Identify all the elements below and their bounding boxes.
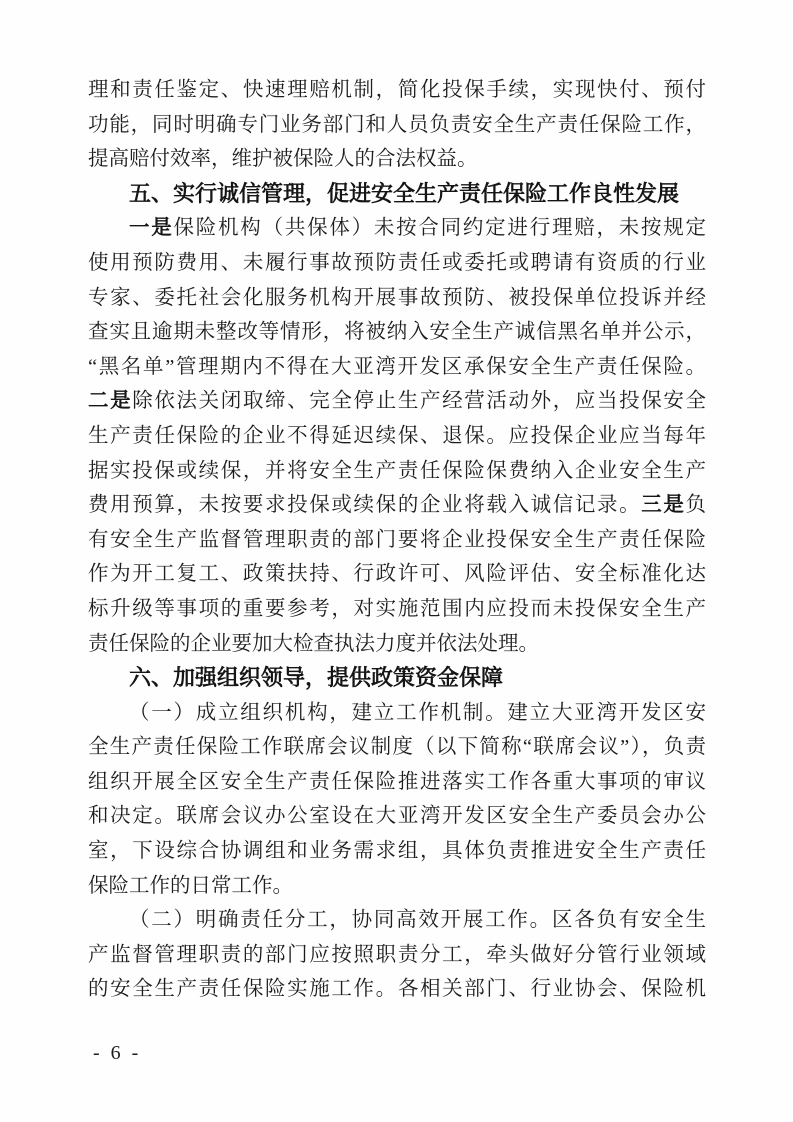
document-page: 理和责任鉴定、快速理赔机制，简化投保手续，实现快付、预付功能，同时明确专门业务部… [0,0,793,1122]
text-run: （二）明确责任分工，协同高效开展工作。区各负有安全生 [129,909,706,931]
text-run: 标升级等事项的重要参考，对实施范围内应投而未投保安全生产 [88,598,706,620]
text-run: 功能，同时明确专门业务部门和人员负责安全生产责任保险工作， [88,114,706,136]
text-run: 据实投保或续保，并将安全生产责任保险保费纳入企业安全生产 [88,460,706,482]
text-line: 作为开工复工、政策扶持、行政许可、风险评估、安全标准化达 [88,557,706,592]
text-run: 理和责任鉴定、快速理赔机制，简化投保手续，实现快付、预付 [88,79,706,101]
text-run: 提高赔付效率，维护被保险人的合法权益。 [88,148,478,170]
text-line: （二）明确责任分工，协同高效开展工作。区各负有安全生 [88,903,706,938]
text-line: 的安全生产责任保险实施工作。各相关部门、行业协会、保险机 [88,972,706,1007]
text-line: 生产责任保险的企业不得延迟续保、退保。应投保企业应当每年 [88,419,706,454]
text-run: 费用预算，未按要求投保或续保的企业将载入诚信记录。 [88,494,641,516]
page-number: - 6 - [93,1040,141,1066]
text-line: 和决定。联席会议办公室设在大亚湾开发区安全生产委员会办公 [88,799,706,834]
text-run: 责任保险的企业要加大检查执法力度并依法处理。 [88,633,539,655]
text-run: 查实且逾期未整改等情形，将被纳入安全生产诚信黑名单并公示， [88,321,706,343]
text-run: 保险机构（共保体）未按合同约定进行理赔，未按规定 [174,217,706,239]
text-line: 理和责任鉴定、快速理赔机制，简化投保手续，实现快付、预付 [88,73,706,108]
text-line: “黑名单”管理期内不得在大亚湾开发区承保安全生产责任保险。 [88,350,706,385]
text-run: 产监督管理职责的部门应按照职责分工，牵头做好分管行业领域 [88,944,706,966]
text-line: 据实投保或续保，并将安全生产责任保险保费纳入企业安全生产 [88,454,706,489]
text-line: 二是除依法关闭取缔、完全停止生产经营活动外，应当投保安全 [88,384,706,419]
text-run: （一）成立组织机构，建立工作机制。建立大亚湾开发区安 [129,702,706,724]
bold-text-run: 六、加强组织领导，提供政策资金保障 [129,665,503,690]
text-run: “黑名单”管理期内不得在大亚湾开发区承保安全生产责任保险。 [88,356,706,378]
text-line: 标升级等事项的重要参考，对实施范围内应投而未投保安全生产 [88,592,706,627]
text-run: 和决定。联席会议办公室设在大亚湾开发区安全生产委员会办公 [88,805,706,827]
heading-line: 五、实行诚信管理，促进安全生产责任保险工作良性发展 [88,177,706,212]
text-run: 保险工作的日常工作。 [88,875,293,897]
text-line: 专家、委托社会化服务机构开展事故预防、被投保单位投诉并经 [88,281,706,316]
heading-line: 六、加强组织领导，提供政策资金保障 [88,661,706,696]
text-line: 组织开展全区安全生产责任保险推进落实工作各重大事项的审议 [88,765,706,800]
text-run: 室，下设综合协调组和业务需求组，具体负责推进安全生产责任 [88,840,706,862]
text-line: 保险工作的日常工作。 [88,869,706,904]
text-line: 一是保险机构（共保体）未按合同约定进行理赔，未按规定 [88,211,706,246]
text-line: 全生产责任保险工作联席会议制度（以下简称“联席会议”），负责 [88,730,706,765]
text-run: 除依法关闭取缔、完全停止生产经营活动外，应当投保安全 [132,390,706,412]
text-run: 组织开展全区安全生产责任保险推进落实工作各重大事项的审议 [88,771,706,793]
text-run: 有安全生产监督管理职责的部门要将企业投保安全生产责任保险 [88,529,706,551]
text-run: 的安全生产责任保险实施工作。各相关部门、行业协会、保险机 [88,978,706,1000]
text-line: 功能，同时明确专门业务部门和人员负责安全生产责任保险工作， [88,108,706,143]
text-run: 使用预防费用、未履行事故预防责任或委托或聘请有资质的行业 [88,252,706,274]
text-line: 有安全生产监督管理职责的部门要将企业投保安全生产责任保险 [88,523,706,558]
bold-text-run: 二是 [88,389,132,412]
bold-text-run: 三是 [641,493,685,516]
text-line: 室，下设综合协调组和业务需求组，具体负责推进安全生产责任 [88,834,706,869]
bold-text-run: 一是 [129,216,174,239]
text-run: 作为开工复工、政策扶持、行政许可、风险评估、安全标准化达 [88,563,706,585]
text-run: 全生产责任保险工作联席会议制度（以下简称“联席会议”），负责 [88,736,706,758]
text-line: 产监督管理职责的部门应按照职责分工，牵头做好分管行业领域 [88,938,706,973]
text-run: 负 [686,494,706,516]
text-run: 专家、委托社会化服务机构开展事故预防、被投保单位投诉并经 [88,287,706,309]
text-line: 提高赔付效率，维护被保险人的合法权益。 [88,142,706,177]
text-line: 责任保险的企业要加大检查执法力度并依法处理。 [88,627,706,662]
text-line: 查实且逾期未整改等情形，将被纳入安全生产诚信黑名单并公示， [88,315,706,350]
text-run: 生产责任保险的企业不得延迟续保、退保。应投保企业应当每年 [88,425,706,447]
text-line: （一）成立组织机构，建立工作机制。建立大亚湾开发区安 [88,696,706,731]
text-line: 使用预防费用、未履行事故预防责任或委托或聘请有资质的行业 [88,246,706,281]
text-block: 理和责任鉴定、快速理赔机制，简化投保手续，实现快付、预付功能，同时明确专门业务部… [88,73,706,1007]
text-line: 费用预算，未按要求投保或续保的企业将载入诚信记录。三是负 [88,488,706,523]
bold-text-run: 五、实行诚信管理，促进安全生产责任保险工作良性发展 [129,181,679,206]
